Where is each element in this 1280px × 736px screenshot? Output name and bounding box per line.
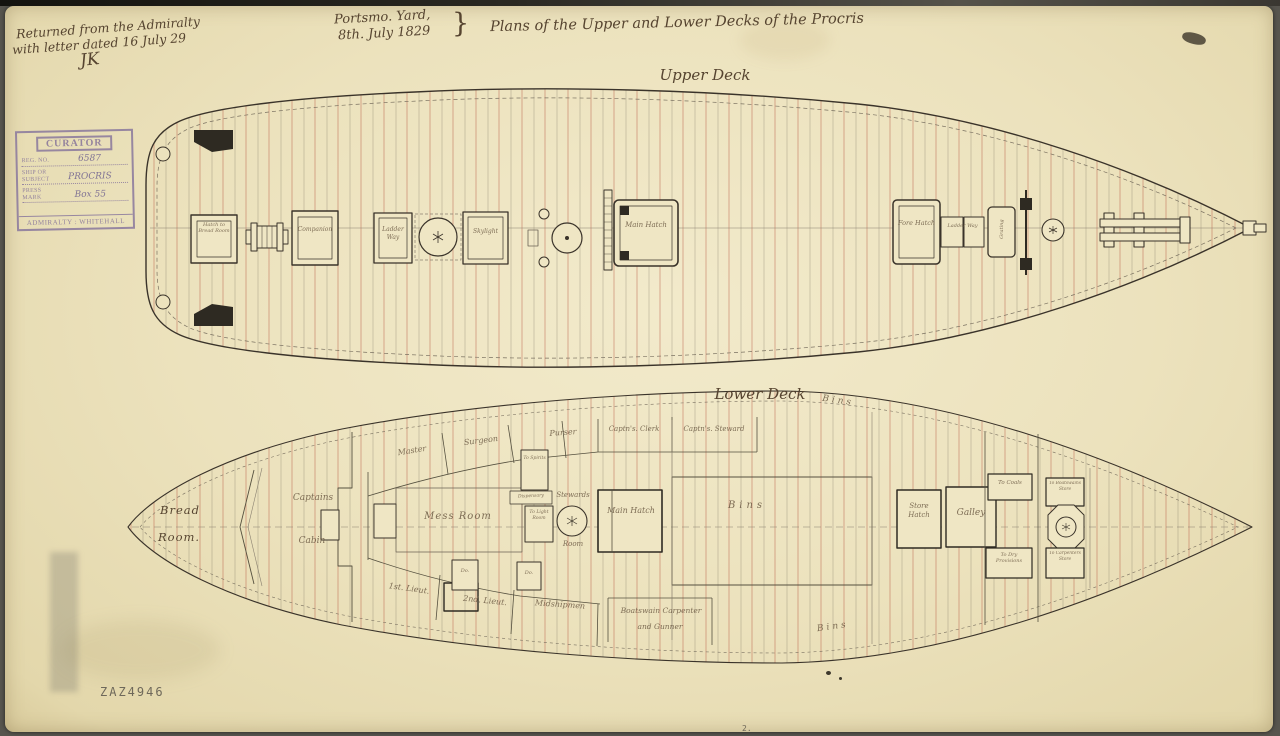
do-hatch-label-2: Do.	[519, 570, 539, 576]
bread-room-label-1: Bread	[160, 503, 200, 517]
main-hatch-upper-label: Main Hatch	[618, 221, 674, 230]
stamp-press-value: Box 55	[52, 189, 128, 201]
stamp-header: CURATOR	[36, 135, 112, 152]
fore-hatch-label: Fore Hatch	[896, 219, 937, 227]
stewards-room-label-2: Room	[550, 540, 596, 549]
ladder-way-aft-label: Ladder Way	[376, 226, 410, 241]
mast-chock	[1020, 198, 1032, 210]
boatswain-label-1: Boatswain Carpenter	[608, 606, 714, 615]
return-note-initials: JK	[79, 49, 100, 71]
stamp-footer: ADMIRALTY : WHITEHALL	[19, 214, 133, 227]
to-spirits-label: To Spirits	[522, 456, 547, 462]
to-boatswains-store-label: To Boatswains Store	[1048, 481, 1082, 492]
page-mark: 2.	[742, 724, 752, 733]
stern-mooring-ring	[156, 147, 170, 161]
ladder-way-fore-label: Ladder Way	[941, 223, 984, 229]
aft-hatch-label: Hatch to Bread Room	[195, 222, 233, 235]
captains-cabin-label-1: Captains	[282, 493, 344, 504]
stamp-regno-value: 6587	[51, 153, 127, 165]
title-brace: }	[452, 8, 469, 39]
companion-housing	[292, 211, 338, 265]
catalog-number: ZAZ4946	[100, 685, 165, 699]
stamp-regno-label: Reg. No.	[22, 158, 52, 165]
mast-chock	[1020, 258, 1032, 270]
grating-strip	[604, 190, 612, 270]
main-hatch-lower-label: Main Hatch	[606, 506, 656, 516]
to-carpenters-store-label: To Carpenters Store	[1048, 551, 1082, 562]
curator-stamp: CURATOR Reg. No. 6587 Ship or Subject PR…	[15, 129, 135, 231]
stewards-room-label-1: Stewards	[546, 491, 600, 500]
pump	[539, 209, 549, 219]
skylight	[463, 212, 508, 264]
pump	[539, 257, 549, 267]
grating-label: Grating	[999, 209, 1005, 249]
skylight-label: Skylight	[466, 228, 505, 236]
ladder-way-fore	[964, 217, 984, 247]
stamp-press-label: Press Mark	[22, 188, 52, 202]
bread-room-label-2: Room.	[158, 530, 200, 544]
ladder-way-fore	[941, 217, 963, 247]
captains-cabin-label-2: Cabin	[286, 536, 338, 547]
do-hatch-label-1: Do.	[455, 568, 475, 574]
stamp-ship-value: PROCRIS	[52, 171, 128, 183]
companion-label: Companion	[296, 226, 334, 234]
upper-deck-heading: Upper Deck	[625, 66, 785, 84]
stamp-ship-label: Ship or Subject	[22, 169, 52, 183]
bins-center-label: Bins	[712, 500, 782, 513]
stern-mooring-ring	[156, 295, 170, 309]
do-hatch	[452, 560, 478, 590]
mess-room-label: Mess Room	[415, 511, 501, 524]
to-coals-label: To Coals	[990, 480, 1030, 487]
to-dry-provisions-label: To Dry Provisions	[987, 552, 1031, 565]
main-hatch-lower	[598, 490, 662, 552]
fore-hatch	[893, 200, 940, 264]
boatswain-label-2: and Gunner	[620, 622, 700, 631]
to-coals-hatch	[988, 474, 1032, 500]
mess-locker	[374, 504, 396, 538]
to-light-room-label: To Light Room	[526, 510, 552, 521]
scanned-ship-plan: Returned from the Admiralty with letter …	[0, 0, 1280, 736]
capts-steward-label: Captn's. Steward	[676, 425, 752, 434]
ships-wheel-barrel	[246, 223, 288, 251]
galley-label: Galley	[947, 508, 995, 519]
capts-clerk-label: Captn's. Clerk	[602, 425, 666, 434]
store-hatch-label: Store Hatch	[898, 502, 940, 520]
